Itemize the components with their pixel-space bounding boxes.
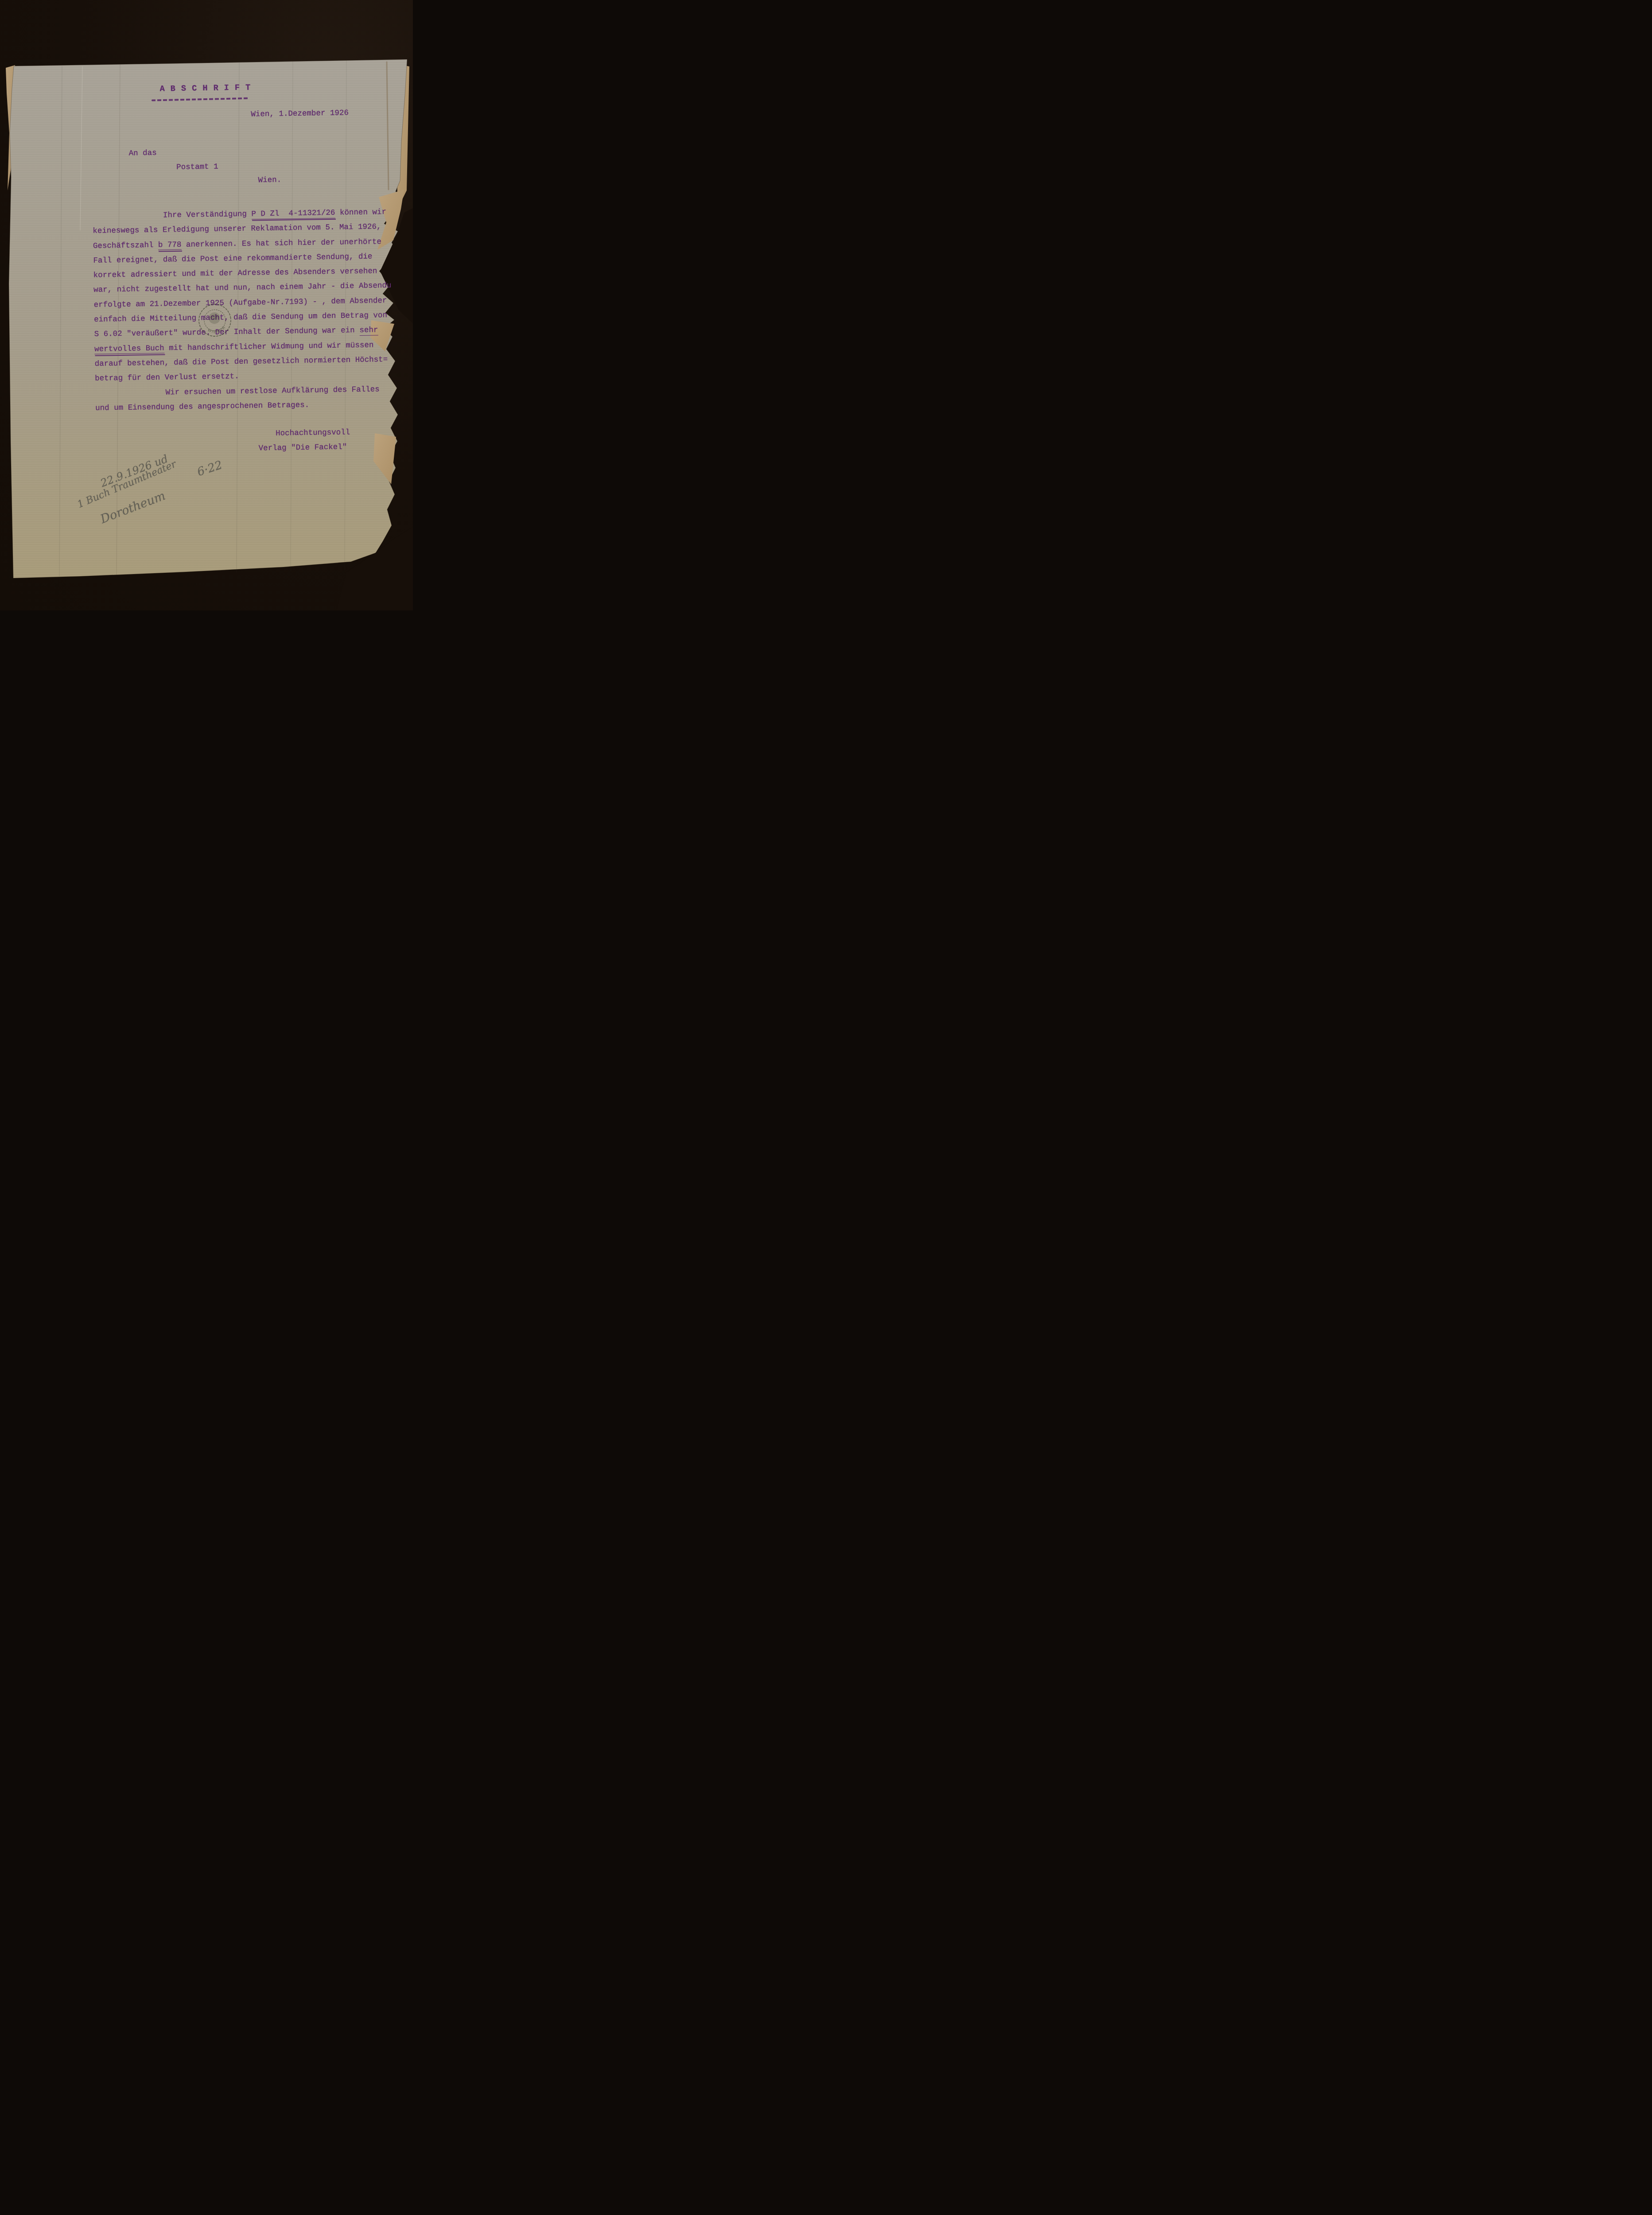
letter-body-segment: keineswegs als Erledigung unserer Reklam… [93,222,381,236]
letter-body-segment: korrekt adressiert und mit der Adresse d… [93,267,377,280]
title-underline-dashes [152,97,248,101]
letter-body-segment: b 778 [158,240,182,250]
letter-body-segment: einfach die Mitteilung macht, daß die Se… [94,311,387,324]
svg-text:WIENER: WIENER [206,324,227,336]
letter-body-segment: Wir ersuchen um restlose Aufklärung des … [166,385,380,397]
letter-body-segment: betrag für den Verlust ersetzt. [95,372,239,383]
letter-body: Ihre Verständigung P D Zl 4-11321/26 kön… [93,205,393,416]
closing-salutation: Hochachtungsvoll [276,428,350,438]
letter-body-segment: P D Zl 4-11321/26 [251,209,335,219]
letter-body-segment: anerkennen. Es hat sich hier der unerhör… [181,237,381,249]
closing-signature: Verlag "Die Fackel" [258,443,347,453]
recipient-line-1: An das [129,149,157,158]
letter-body-segment: Geschäftszahl [93,241,158,250]
round-office-stamp: WIENER [194,300,236,341]
letter-body-segment: darauf bestehen, daß die Post den gesetz… [95,355,388,369]
letter-body-segment: war, nicht zugestellt hat und nun, nach … [93,281,391,295]
recipient-line-2: Postamt 1 [176,163,218,172]
letter-body-segment: erfolgte am 21.Dezember 1925 (Aufgabe-Nr… [94,296,387,310]
letter-body-segment: und um Einsendung des angesprochenen Bet… [95,400,309,412]
letter-body-segment: Fall ereignet, daß die Post eine rekomma… [93,252,372,265]
page-title: A B S C H R I F T [159,83,251,93]
letter-body-segment: können wir [335,208,386,218]
letter-body-segment: Ihre Verständigung [163,210,252,220]
scanned-letter-page: A B S C H R I F T Wien, 1.Dezember 1926 … [0,0,413,610]
letter-body-segment: wertvolles Buch [94,344,164,354]
stamp-text: WIENER [206,324,227,336]
recipient-line-3: Wien. [258,175,282,185]
letter-body-segment: sehr [359,326,378,336]
dateline: Wien, 1.Dezember 1926 [251,109,349,119]
letter-body-segment: mit handschriftlicher Widmung und wir mü… [164,341,374,353]
